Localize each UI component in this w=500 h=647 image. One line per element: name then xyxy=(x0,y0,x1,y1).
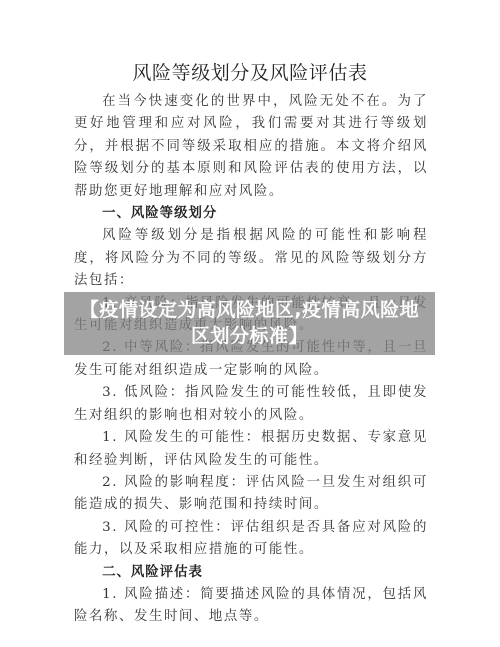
document-title: 风险等级划分及风险评估表 xyxy=(0,60,500,86)
list-item-low-risk: 3. 低风险：指风险发生的可能性较低，且即使发生对组织的影响也相对较小的风险。 xyxy=(74,382,428,427)
document-body: 在当今快速变化的世界中，风险无处不在。为了更好地管理和应对风险，我们需要对其进行… xyxy=(74,91,428,629)
section-heading-risk-assessment-table: 二、风险评估表 xyxy=(74,562,428,584)
list-item-impact: 2. 风险的影响程度：评估风险一旦发生对组织可能造成的损失、影响范围和持续时间。 xyxy=(74,472,428,517)
section-heading-risk-levels: 一、风险等级划分 xyxy=(74,203,428,225)
intro-paragraph: 在当今快速变化的世界中，风险无处不在。为了更好地管理和应对风险，我们需要对其进行… xyxy=(74,91,428,203)
document-page: 风险等级划分及风险评估表 在当今快速变化的世界中，风险无处不在。为了更好地管理和… xyxy=(0,0,500,647)
risk-levels-intro: 风险等级划分是指根据风险的可能性和影响程度，将风险分为不同的等级。常见的风险等级… xyxy=(74,225,428,292)
banner-title: 【疫情设定为高风险地区,疫情高风险地区划分标准】 xyxy=(75,297,425,349)
list-item-controllability: 3. 风险的可控性：评估组织是否具备应对风险的能力，以及采取相应措施的可能性。 xyxy=(74,517,428,562)
title-overlay-banner: 【疫情设定为高风险地区,疫情高风险地区划分标准】 xyxy=(64,292,435,355)
list-item-risk-description: 1. 风险描述：简要描述风险的具体情况，包括风险名称、发生时间、地点等。 xyxy=(74,584,428,629)
list-item-likelihood: 1. 风险发生的可能性：根据历史数据、专家意见和经验判断，评估风险发生的可能性。 xyxy=(74,427,428,472)
